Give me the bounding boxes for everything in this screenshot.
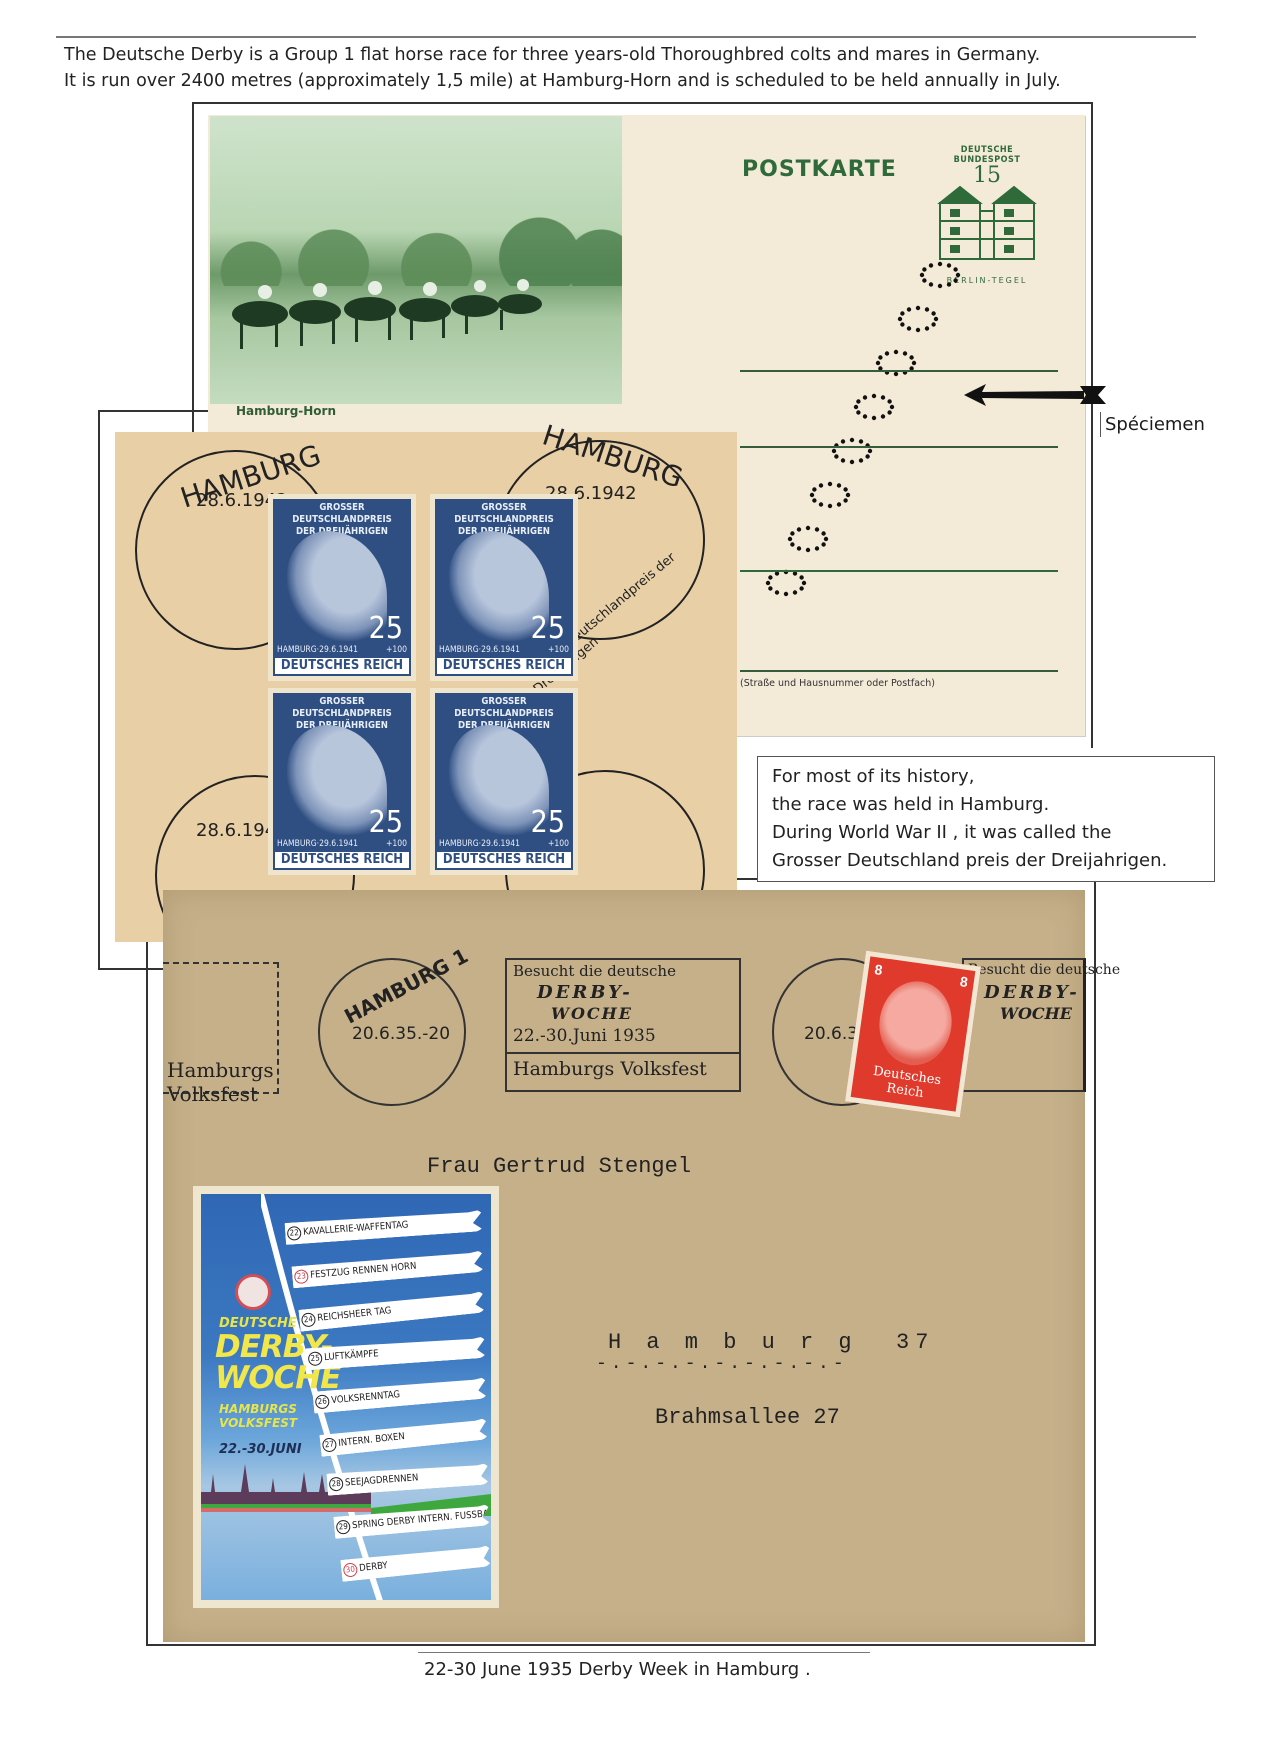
slogan-cancel: Besucht die deutsche DERBY- WOCHE 22.-30… [505,958,741,1092]
racecourse-photo [210,116,622,404]
swastika-emblem-icon [235,1274,271,1310]
specimen-label: Spéciemen [1100,412,1218,437]
address-city: H a m b u r g 37 [608,1330,934,1355]
address-line-2 [740,446,1058,448]
specimen-perfin [740,250,990,630]
intro-line-2: It is run over 2400 metres (approximatel… [64,68,1188,94]
horses-graphic [220,274,560,354]
history-line: For most of its history, [772,763,1200,791]
derby-week-vignette: DEUTSCHE DERBY-WOCHE HAMBURGSVOLKSFEST 2… [193,1186,499,1608]
slogan-cancel-partial-right: Besucht die deutsche DERBY- WOCHE [962,958,1086,1092]
arrow-left-icon [964,382,1114,408]
horse-stamp: GROSSER DEUTSCHLANDPREIS DER DREIJÄHRIGE… [268,688,416,875]
horse-stamp: GROSSER DEUTSCHLANDPREIS DER DREIJÄHRIGE… [268,494,416,681]
cancel-date: 20.6.35.-20 [352,1024,450,1044]
address-line-3 [740,570,1058,572]
intro-caption: The Deutsche Derby is a Group 1 flat hor… [56,36,1196,98]
photo-caption: Hamburg-Horn [236,404,336,418]
address-street: Brahmsallee 27 [655,1405,840,1430]
address-underline: -.-.-.-.-.-.-.-.- [596,1354,848,1374]
addressee-name: Frau Gertrud Stengel [427,1154,691,1179]
intro-line-1: The Deutsche Derby is a Group 1 flat hor… [64,42,1188,68]
address-hint: (Straße und Hausnummer oder Postfach) [740,678,935,689]
history-line: Grosser Deutschland preis der Dreijahrig… [772,847,1200,875]
history-caption: For most of its history, the race was he… [757,756,1215,882]
indicium-issuer: DEUTSCHE BUNDESPOST [932,145,1042,165]
horse-stamp: GROSSER DEUTSCHLANDPREIS DER DREIJÄHRIGE… [430,494,578,681]
history-line: the race was held in Hamburg. [772,791,1200,819]
horse-stamp: GROSSER DEUTSCHLANDPREIS DER DREIJÄHRIGE… [430,688,578,875]
address-line-4 [740,670,1058,672]
portrait-graphic [874,977,957,1070]
hindenburg-stamp: 8 8 Deutsches Reich [845,951,981,1118]
postcard-title: POSTKARTE [742,157,897,182]
slogan-cancel-partial: Hamburgs Volksfest [163,962,279,1094]
footer-caption: 22-30 June 1935 Derby Week in Hamburg . [418,1652,870,1686]
history-line: During World War II , it was called the [772,819,1200,847]
address-line-1 [740,370,1058,372]
